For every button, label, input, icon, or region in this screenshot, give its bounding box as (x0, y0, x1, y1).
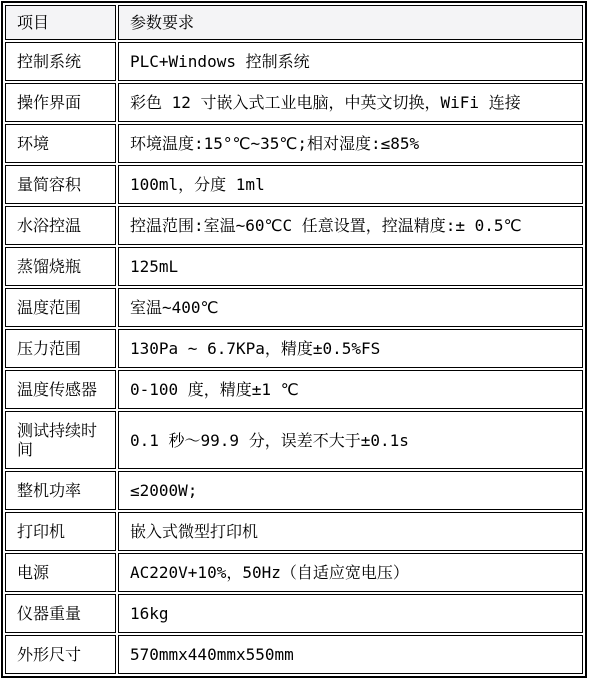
spec-item-cell: 测试持续时间 (5, 411, 116, 469)
spec-value-cell: 嵌入式微型打印机 (118, 512, 583, 551)
spec-value-cell: 570mmx440mmx550mm (118, 635, 583, 674)
table-row: 控制系统 PLC+Windows 控制系统 (5, 42, 583, 81)
spec-item-cell: 电源 (5, 553, 116, 592)
table-row: 电源 AC220V+10%，50Hz（自适应宽电压） (5, 553, 583, 592)
table-row: 整机功率 ≤2000W; (5, 471, 583, 510)
spec-item-cell: 温度范围 (5, 288, 116, 327)
table-row: 水浴控温 控温范围:室温~60℃C 任意设置，控温精度:± 0.5℃ (5, 206, 583, 245)
table-row: 蒸馏烧瓶 125mL (5, 247, 583, 286)
table-row: 温度范围 室温~400℃ (5, 288, 583, 327)
table-row: 量简容积 100ml，分度 1ml (5, 165, 583, 204)
spec-item-cell: 控制系统 (5, 42, 116, 81)
table-row: 仪器重量 16kg (5, 594, 583, 633)
spec-item-cell: 整机功率 (5, 471, 116, 510)
spec-item-cell: 水浴控温 (5, 206, 116, 245)
spec-value-cell: PLC+Windows 控制系统 (118, 42, 583, 81)
spec-item-cell: 蒸馏烧瓶 (5, 247, 116, 286)
spec-value-cell: 16kg (118, 594, 583, 633)
spec-item-cell: 操作界面 (5, 83, 116, 122)
column-header-item: 项目 (5, 5, 116, 40)
page: 项目 参数要求 控制系统 PLC+Windows 控制系统 操作界面 彩色 12… (0, 0, 590, 678)
table-row: 测试持续时间 0.1 秒～99.9 分，误差不大于±0.1s (5, 411, 583, 469)
spec-item-cell: 环境 (5, 124, 116, 163)
spec-item-cell: 量简容积 (5, 165, 116, 204)
spec-value-cell: 彩色 12 寸嵌入式工业电脑，中英文切换，WiFi 连接 (118, 83, 583, 122)
table-row: 操作界面 彩色 12 寸嵌入式工业电脑，中英文切换，WiFi 连接 (5, 83, 583, 122)
column-header-requirement: 参数要求 (118, 5, 583, 40)
spec-value-cell: 室温~400℃ (118, 288, 583, 327)
spec-table: 项目 参数要求 控制系统 PLC+Windows 控制系统 操作界面 彩色 12… (1, 1, 587, 678)
header-row: 项目 参数要求 (5, 5, 583, 40)
table-row: 环境 环境温度:15°℃~35℃;相对湿度:≤85% (5, 124, 583, 163)
spec-value-cell: 0-100 度，精度±1 ℃ (118, 370, 583, 409)
spec-item-cell: 外形尺寸 (5, 635, 116, 674)
table-row: 压力范围 130Pa ~ 6.7KPa，精度±0.5%FS (5, 329, 583, 368)
spec-item-cell: 温度传感器 (5, 370, 116, 409)
spec-value-cell: 100ml，分度 1ml (118, 165, 583, 204)
spec-value-cell: 0.1 秒～99.9 分，误差不大于±0.1s (118, 411, 583, 469)
table-row: 温度传感器 0-100 度，精度±1 ℃ (5, 370, 583, 409)
table-row: 外形尺寸 570mmx440mmx550mm (5, 635, 583, 674)
table-row: 打印机 嵌入式微型打印机 (5, 512, 583, 551)
spec-value-cell: AC220V+10%，50Hz（自适应宽电压） (118, 553, 583, 592)
spec-value-cell: ≤2000W; (118, 471, 583, 510)
spec-value-cell: 控温范围:室温~60℃C 任意设置，控温精度:± 0.5℃ (118, 206, 583, 245)
spec-value-cell: 130Pa ~ 6.7KPa，精度±0.5%FS (118, 329, 583, 368)
spec-item-cell: 压力范围 (5, 329, 116, 368)
spec-value-cell: 环境温度:15°℃~35℃;相对湿度:≤85% (118, 124, 583, 163)
spec-item-cell: 打印机 (5, 512, 116, 551)
spec-value-cell: 125mL (118, 247, 583, 286)
spec-item-cell: 仪器重量 (5, 594, 116, 633)
